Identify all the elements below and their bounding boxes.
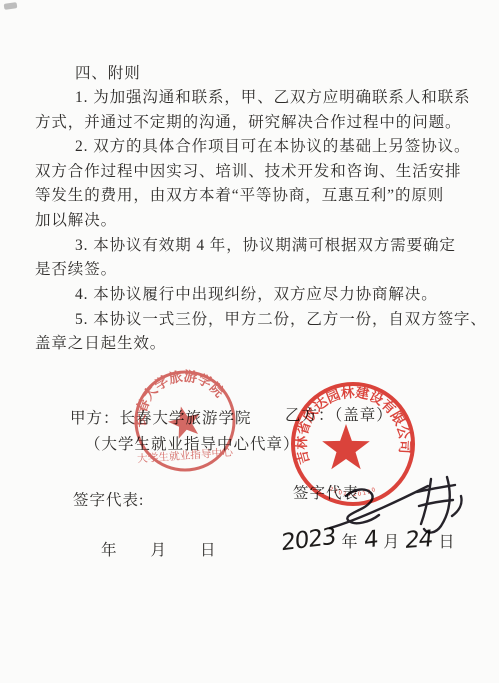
party-b-seal-star xyxy=(322,424,370,469)
party-a-seal-star xyxy=(165,403,204,441)
clause-3-line-1: 3. 本协议有效期 4 年，协议期满可根据双方需要确定 xyxy=(75,236,456,255)
clause-2-line-3: 等发生的费用，由双方本着“平等协商，互惠互利”的原则 xyxy=(35,186,444,205)
clause-2-line-4: 加以解决。 xyxy=(35,211,117,230)
section-title: 四、附则 xyxy=(75,64,141,83)
clause-5-line-1: 5. 本协议一式三份，甲方二份，乙方一份，自双方签字、 xyxy=(75,310,487,329)
party-a-seal-banner-text: 大学生就业指导中心 xyxy=(137,446,234,466)
party-a-rep-label: 签字代表: xyxy=(73,488,144,510)
clause-3-line-2: 是否续签。 xyxy=(35,260,117,279)
clause-5-line-2: 盖章之日起生效。 xyxy=(35,334,166,353)
party-a-seal: 长春大学旅游学院 大学生就业指导中心 xyxy=(123,359,247,483)
scan-artifact xyxy=(4,2,18,10)
clause-1-line-2: 方式，并通过不定期的沟通，研究解决合作过程中的问题。 xyxy=(35,113,461,132)
clause-2-line-2: 双方合作过程中因实习、培训、技术开发和咨询、生活安排 xyxy=(35,162,461,181)
clause-2-line-1: 2. 双方的具体合作项目可在本协议的基础上另签协议。 xyxy=(75,137,470,156)
party-b-handwritten-signature xyxy=(300,468,485,540)
clause-1-line-1: 1. 为加强沟通和联系，甲、乙双方应明确联系人和联系 xyxy=(75,88,470,107)
party-a-date-placeholder: 年 月 日 xyxy=(101,538,217,560)
document-page: 四、附则 1. 为加强沟通和联系，甲、乙双方应明确联系人和联系 方式，并通过不定… xyxy=(0,0,499,683)
clause-4-line-1: 4. 本协议履行中出现纠纷，双方应尽力协商解决。 xyxy=(75,285,438,304)
